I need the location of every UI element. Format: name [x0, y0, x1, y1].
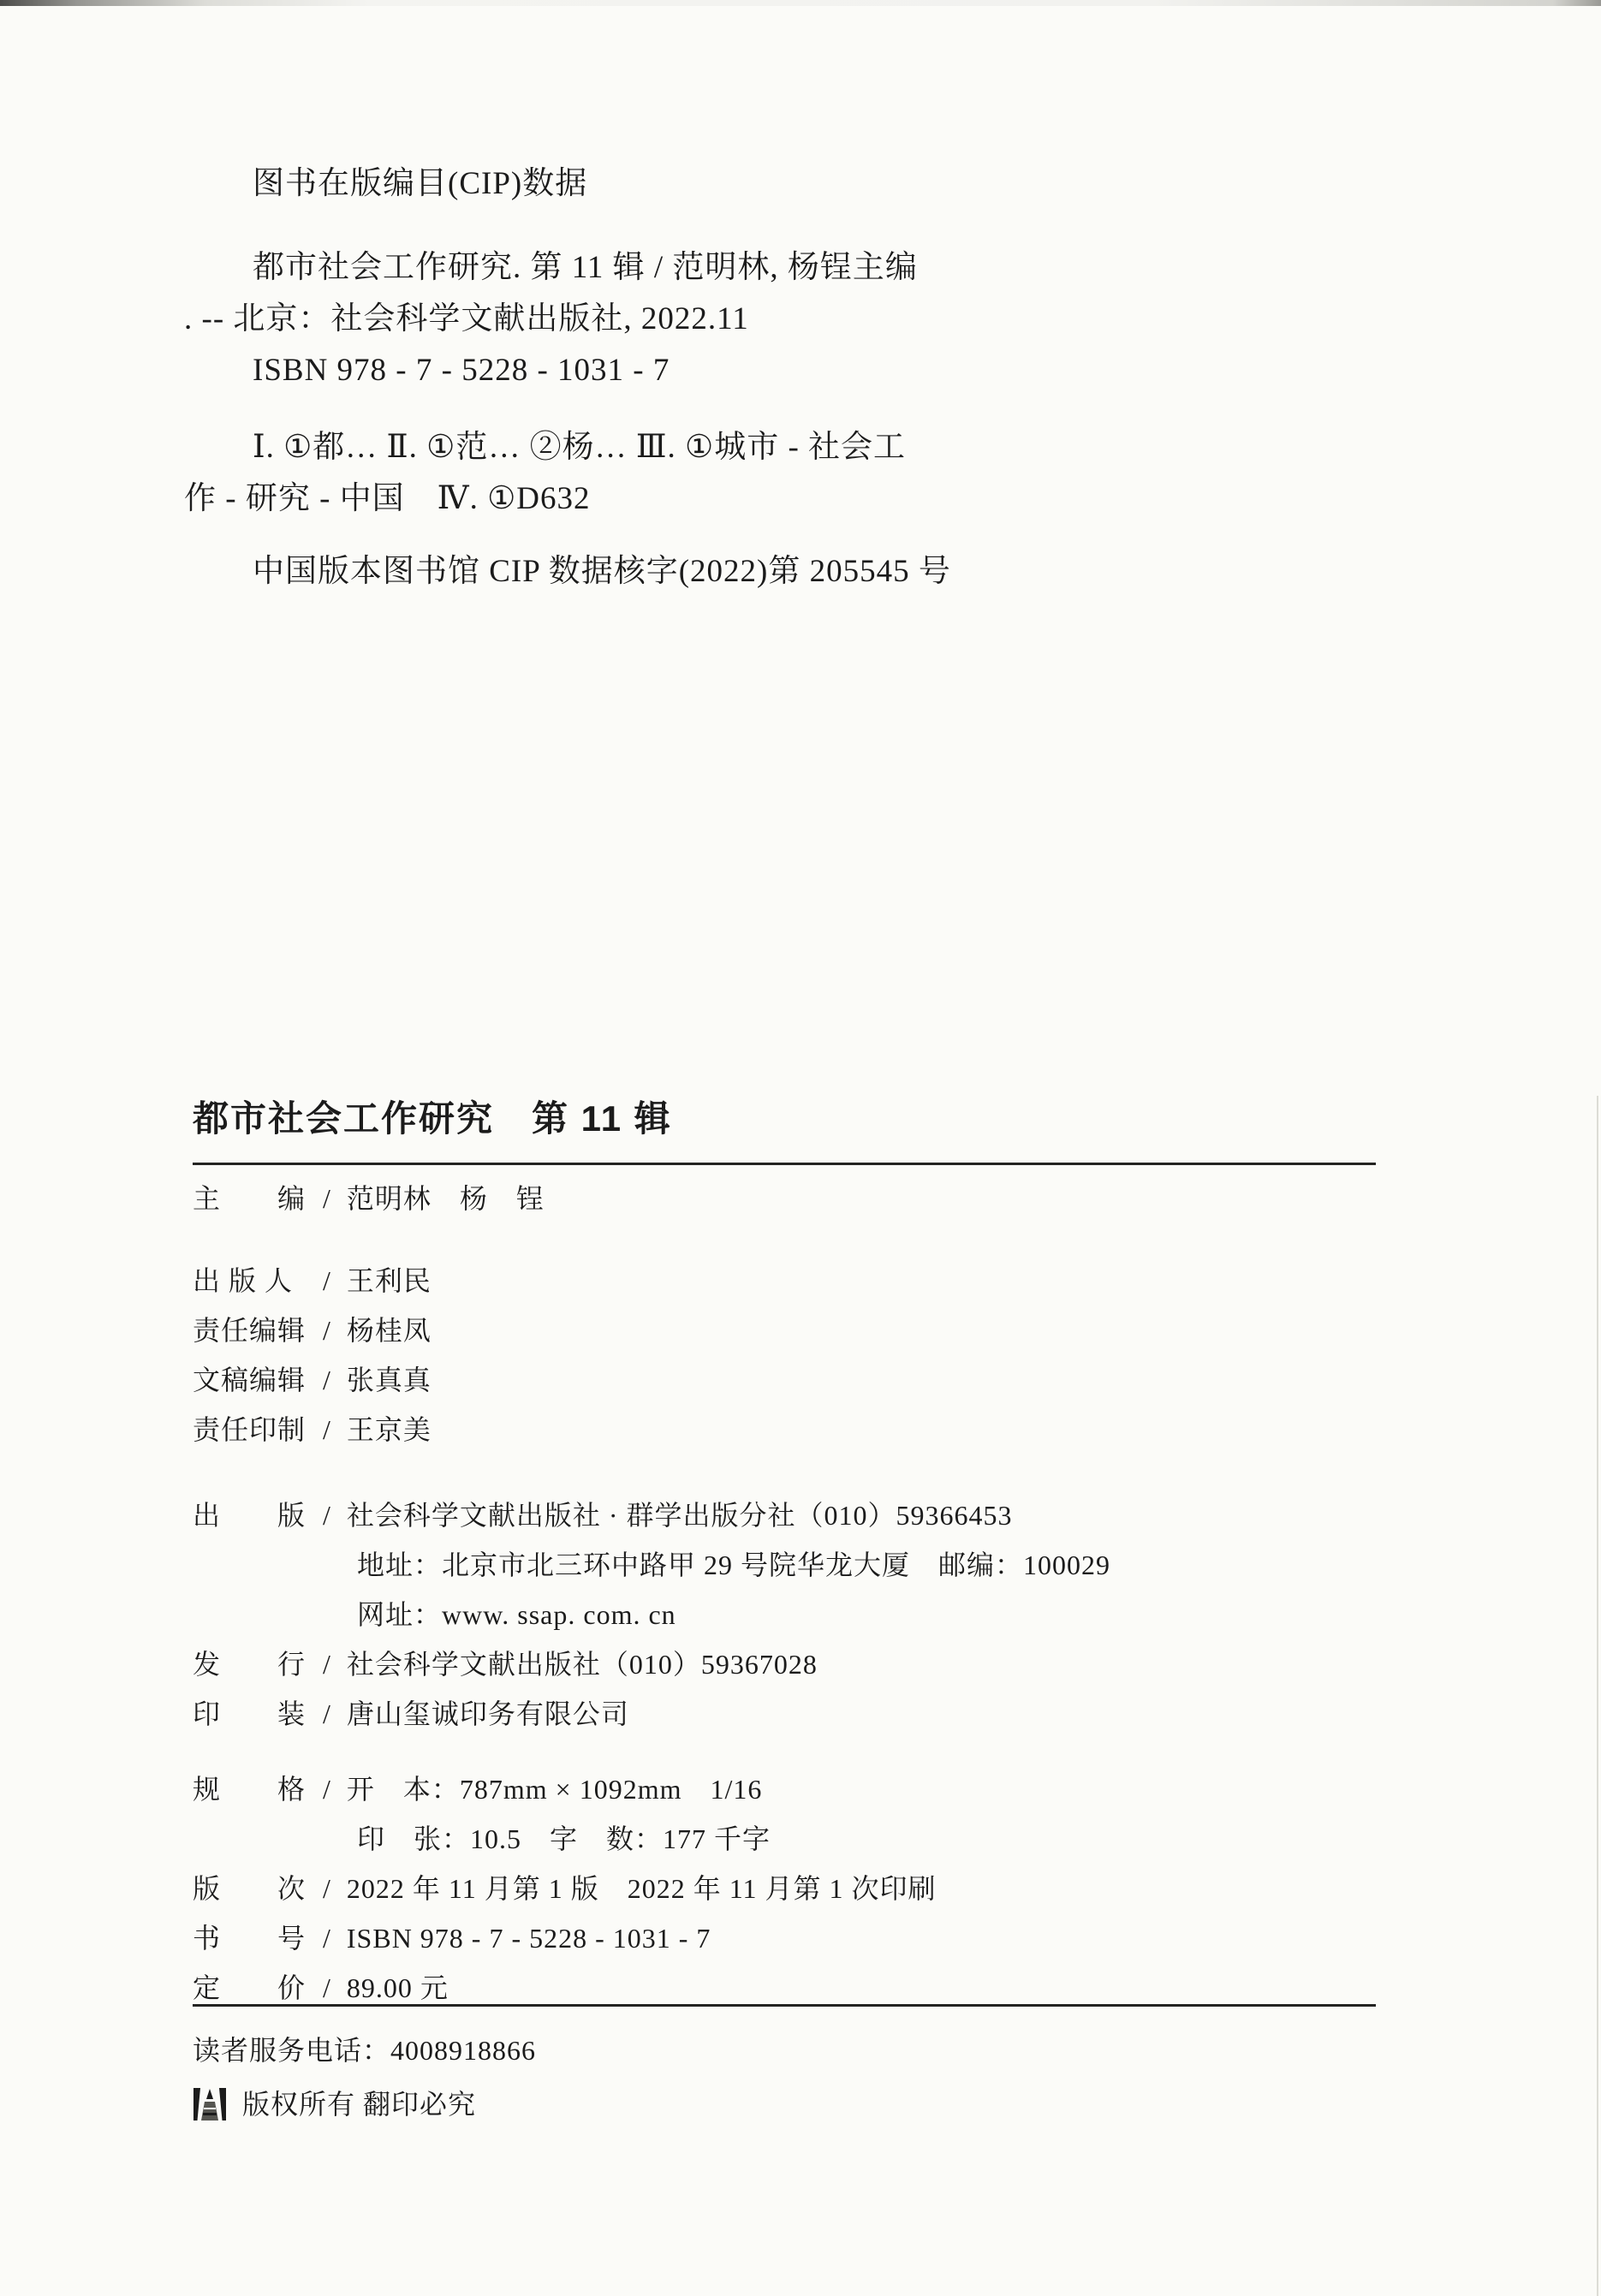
reader-service-phone: 读者服务电话：4008918866 — [193, 2029, 1391, 2072]
format-row: 规 格/开 本：787mm × 1092mm 1/16 — [193, 1764, 1391, 1814]
cip-notice: 中国版本图书馆 CIP 数据核字(2022)第 205545 号 — [253, 546, 1451, 598]
cip-isbn-line: ISBN 978 - 7 - 5228 - 1031 - 7 — [253, 345, 1451, 396]
row-label: 规 格 — [193, 1764, 304, 1814]
slash-separator: / — [323, 1689, 331, 1739]
slash-separator: / — [323, 1913, 331, 1963]
row-label: 印 装 — [193, 1689, 304, 1739]
row-label: 出 版 人 — [193, 1256, 304, 1306]
row-value: 2022 年 11 月第 1 版 2022 年 11 月第 1 次印刷 — [347, 1873, 937, 1904]
copyright-row: 版权所有 翻印必究 — [193, 2087, 1391, 2121]
staff-section: 出 版 人/王利民 责任编辑/杨桂凤 文稿编辑/张真真 责任印制/王京美 — [193, 1256, 1391, 1454]
row-value: 开 本：787mm × 1092mm 1/16 — [347, 1774, 763, 1805]
cip-heading: 图书在版编目(CIP)数据 — [253, 158, 1451, 210]
row-value: 王利民 — [347, 1265, 431, 1296]
row-value: 89.00 元 — [347, 1972, 449, 2003]
isbn-row: 书 号/ISBN 978 - 7 - 5228 - 1031 - 7 — [193, 1913, 1391, 1963]
row-label: 发 行 — [193, 1639, 304, 1689]
cip-record-line: 都市社会工作研究. 第 11 辑 / 范明林, 杨锃主编 — [253, 242, 1451, 294]
edition-row: 版 次/2022 年 11 月第 1 版 2022 年 11 月第 1 次印刷 — [193, 1864, 1391, 1913]
distribution-row: 发 行/社会科学文献出版社（010）59367028 — [193, 1639, 1391, 1689]
row-label: 责任编辑 — [193, 1306, 304, 1355]
slash-separator: / — [323, 1405, 331, 1454]
row-value: ISBN 978 - 7 - 5228 - 1031 - 7 — [347, 1923, 711, 1954]
publisher-address-row: 地址：北京市北三环中路甲 29 号院华龙大厦 邮编：100029 — [357, 1540, 1391, 1590]
row-label: 书 号 — [193, 1913, 304, 1963]
press-emblem-icon — [193, 2087, 227, 2121]
publishing-section: 出 版/社会科学文献出版社 · 群学出版分社（010）59366453 地址：北… — [193, 1490, 1391, 1739]
row-value: 杨桂凤 — [347, 1315, 431, 1346]
copyright-notice: 版权所有 翻印必究 — [242, 2087, 476, 2121]
publisher-website-row: 网址：www. ssap. com. cn — [357, 1590, 1391, 1639]
book-title: 都市社会工作研究 第 11 辑 — [193, 1094, 1391, 1144]
printing-company-row: 印 装/唐山玺诚印务有限公司 — [193, 1689, 1391, 1739]
row-value: 社会科学文献出版社（010）59367028 — [347, 1649, 818, 1680]
slash-separator: / — [323, 1256, 331, 1306]
cip-classification-line: 作 - 研究 - 中国 Ⅳ. ①D632 — [184, 473, 1451, 525]
row-label: 文稿编辑 — [193, 1355, 304, 1405]
row-value: 范明林 杨 锃 — [347, 1183, 545, 1214]
row-label: 版 次 — [193, 1864, 304, 1913]
print-supervisor-row: 责任印制/王京美 — [193, 1405, 1391, 1454]
scan-artifact-top-edge — [0, 0, 1601, 6]
divider-rule-top — [193, 1163, 1376, 1165]
sheets-wordcount-row: 印 张：10.5 字 数：177 千字 — [357, 1814, 1391, 1864]
row-label: 出 版 — [193, 1490, 304, 1540]
row-label: 主 编 — [193, 1179, 304, 1218]
row-value: 张真真 — [347, 1365, 431, 1395]
colophon-block: 都市社会工作研究 第 11 辑 主 编/范明林 杨 锃 出 版 人/王利民 责任… — [193, 1094, 1391, 2121]
row-value: 王京美 — [347, 1414, 431, 1445]
scan-artifact-right-edge — [1597, 1096, 1598, 2296]
publisher-person-row: 出 版 人/王利民 — [193, 1256, 1391, 1306]
row-value: 社会科学文献出版社 · 群学出版分社（010）59366453 — [347, 1500, 1013, 1531]
specification-section: 规 格/开 本：787mm × 1092mm 1/16 印 张：10.5 字 数… — [193, 1764, 1391, 2013]
slash-separator: / — [323, 1179, 331, 1218]
slash-separator: / — [323, 1864, 331, 1913]
slash-separator: / — [323, 1764, 331, 1814]
cip-data-block: 图书在版编目(CIP)数据 都市社会工作研究. 第 11 辑 / 范明林, 杨锃… — [184, 158, 1451, 598]
slash-separator: / — [323, 1963, 331, 2013]
slash-separator: / — [323, 1355, 331, 1405]
row-label: 责任印制 — [193, 1405, 304, 1454]
slash-separator: / — [323, 1306, 331, 1355]
editor-row: 主 编/范明林 杨 锃 — [193, 1179, 1391, 1218]
slash-separator: / — [323, 1490, 331, 1540]
cip-record-line: . -- 北京：社会科学文献出版社, 2022.11 — [184, 294, 1451, 345]
managing-editor-row: 责任编辑/杨桂凤 — [193, 1306, 1391, 1355]
copy-editor-row: 文稿编辑/张真真 — [193, 1355, 1391, 1405]
row-label: 定 价 — [193, 1963, 304, 2013]
row-value: 唐山玺诚印务有限公司 — [347, 1698, 629, 1729]
slash-separator: / — [323, 1639, 331, 1689]
publisher-row: 出 版/社会科学文献出版社 · 群学出版分社（010）59366453 — [193, 1490, 1391, 1540]
cip-classification-line: Ⅰ. ①都… Ⅱ. ①范… ②杨… Ⅲ. ①城市 - 社会工 — [253, 422, 1451, 473]
